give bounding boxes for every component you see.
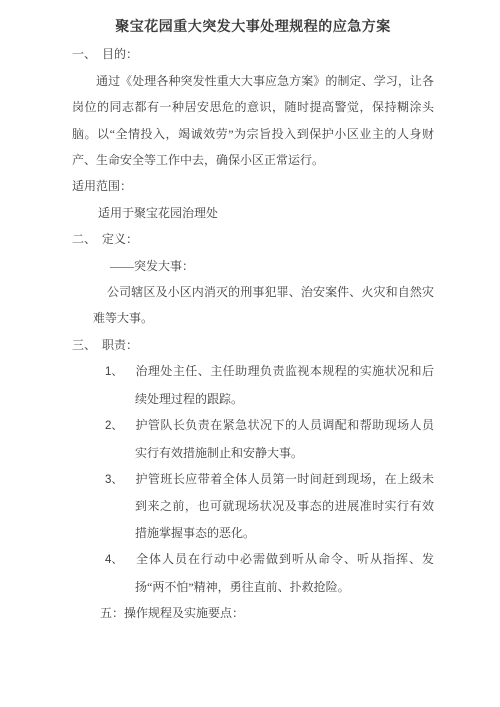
section-number: 三、	[72, 332, 102, 358]
document-page: 聚宝花园重大突发大事处理规程的应急方案 一、目的： 通过《处理各种突发性重大大事…	[0, 0, 500, 707]
section-number: 二、	[72, 226, 102, 252]
purpose-paragraph: 通过《处理各种突发性重大大事应急方案》的制定、学习，让各岗位的同志都有一种居安思…	[72, 68, 434, 174]
duty-number: 4、	[105, 547, 135, 573]
duty-text: 护管班长应带着全体人员第一时间赶到现场，在上级未到来之前，也可就现场状况及事态的…	[135, 472, 434, 540]
section-number: 一、	[72, 41, 102, 67]
duty-item-4: 4、全体人员在行动中必需做到听从命令、听从指挥、发扬“两不怕”精神，勇往直前、扑…	[105, 546, 434, 600]
section-label: 定义：	[102, 232, 138, 246]
section-label: 职责：	[102, 338, 138, 352]
definition-term: ——突发大事：	[110, 253, 434, 279]
definition-description: 公司辖区及小区内消灭的刑事犯罪、治安案件、火灾和自然灾难等大事。	[93, 279, 434, 332]
duty-item-1: 1、治理处主任、主任助理负责监视本规程的实施状况和后续处理过程的跟踪。	[105, 358, 434, 412]
section-heading-purpose: 一、目的：	[72, 41, 434, 67]
duty-item-2: 2、护管队长负责在紧急状况下的人员调配和帮助现场人员实行有效措施制止和安静大事。	[105, 412, 434, 466]
section-heading-procedures: 五：操作规程及实施要点：	[100, 600, 434, 626]
duty-number: 1、	[105, 359, 135, 385]
duty-text: 护管队长负责在紧急状况下的人员调配和帮助现场人员实行有效措施制止和安静大事。	[135, 418, 434, 459]
duty-item-3: 3、护管班长应带着全体人员第一时间赶到现场，在上级未到来之前，也可就现场状况及事…	[105, 466, 434, 546]
duty-number: 3、	[105, 467, 135, 493]
duty-text: 全体人员在行动中必需做到听从命令、听从指挥、发扬“两不怕”精神，勇往直前、扑救抢…	[135, 552, 434, 593]
scope-text: 适用于聚宝花园治理处	[72, 200, 434, 226]
scope-label: 适用范围：	[72, 173, 434, 199]
duty-text: 治理处主任、主任助理负责监视本规程的实施状况和后续处理过程的跟踪。	[135, 364, 434, 405]
doc-title: 聚宝花园重大突发大事处理规程的应急方案	[72, 15, 434, 41]
duty-number: 2、	[105, 413, 135, 439]
section-label: 目的：	[102, 47, 138, 61]
section-heading-duties: 三、职责：	[72, 332, 434, 358]
section-heading-definition: 二、定义：	[72, 226, 434, 252]
